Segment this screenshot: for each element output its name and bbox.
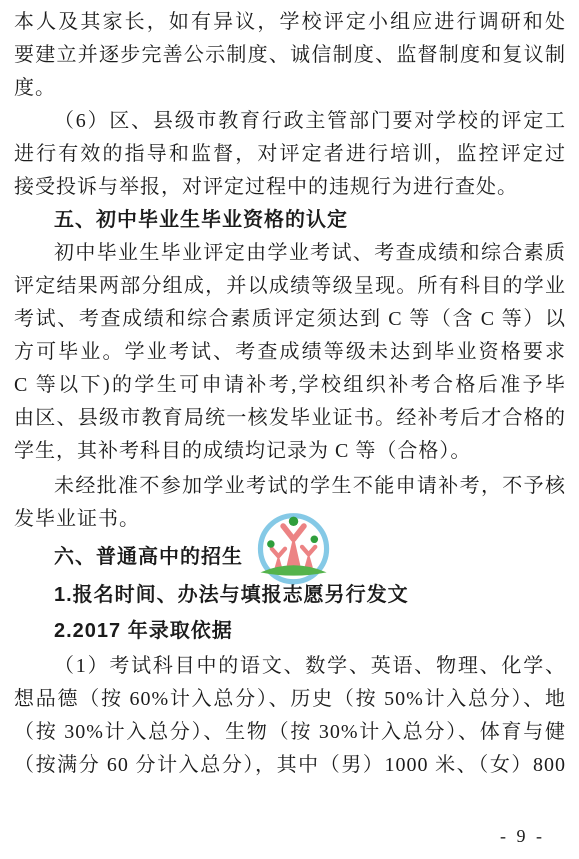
text-line: 2.2017 年录取依据 xyxy=(14,615,566,648)
text-line: 五、初中毕业生毕业资格的认定 xyxy=(14,204,566,237)
text-line: 未经批准不参加学业考试的学生不能申请补考，不予核 xyxy=(14,470,566,503)
logo-right-head-dot xyxy=(311,536,319,544)
text-line: 想品德（按 60%计入总分）、历史（按 50%计入总分）、地理 xyxy=(14,683,566,716)
text-line: 由区、县级市教育局统一核发毕业证书。经补考后才合格的 xyxy=(14,402,566,435)
text-line: 接受投诉与举报，对评定过程中的违规行为进行查处。 xyxy=(14,171,566,204)
text-body: 本人及其家长，如有异议，学校评定小组应进行调研和处理。要建立并逐步完善公示制度、… xyxy=(14,6,566,782)
text-line: （按满分 60 分计入总分），其中（男）1000 米、（女）800 xyxy=(14,749,566,782)
school-logo-icon xyxy=(253,510,335,595)
text-line: 方可毕业。学业考试、考查成绩等级未达到毕业资格要求（即 xyxy=(14,336,566,369)
text-line: 进行有效的指导和监督，对评定者进行培训，监控评定过程， xyxy=(14,138,566,171)
logo-right-figure-body xyxy=(304,553,313,568)
text-line: 要建立并逐步完善公示制度、诚信制度、监督制度和复议制 xyxy=(14,39,566,72)
text-line: 度。 xyxy=(14,72,566,105)
text-line: （1）考试科目中的语文、数学、英语、物理、化学、思 xyxy=(14,650,566,683)
text-line: （6）区、县级市教育行政主管部门要对学校的评定工作 xyxy=(14,105,566,138)
page-number: - 9 - xyxy=(500,826,545,847)
text-line: （按 30%计入总分）、生物（按 30%计入总分）、体育与健康 xyxy=(14,716,566,749)
text-line: 考试、考查成绩和综合素质评定须达到 C 等（含 C 等）以上 xyxy=(14,303,566,336)
text-line: 评定结果两部分组成，并以成绩等级呈现。所有科目的学业 xyxy=(14,270,566,303)
logo-center-head-dot xyxy=(289,517,298,526)
logo-center-figure-body xyxy=(286,536,300,567)
text-line: 本人及其家长，如有异议，学校评定小组应进行调研和处理。 xyxy=(14,6,566,39)
text-line: 学生，其补考科目的成绩均记录为 C 等（合格）。 xyxy=(14,435,566,468)
text-line: C 等以下)的学生可申请补考,学校组织补考合格后准予毕业， xyxy=(14,369,566,402)
document-page: 本人及其家长，如有异议，学校评定小组应进行调研和处理。要建立并逐步完善公示制度、… xyxy=(0,0,579,859)
logo-left-head-dot xyxy=(267,540,275,548)
text-line: 初中毕业生毕业评定由学业考试、考查成绩和综合素质 xyxy=(14,237,566,270)
